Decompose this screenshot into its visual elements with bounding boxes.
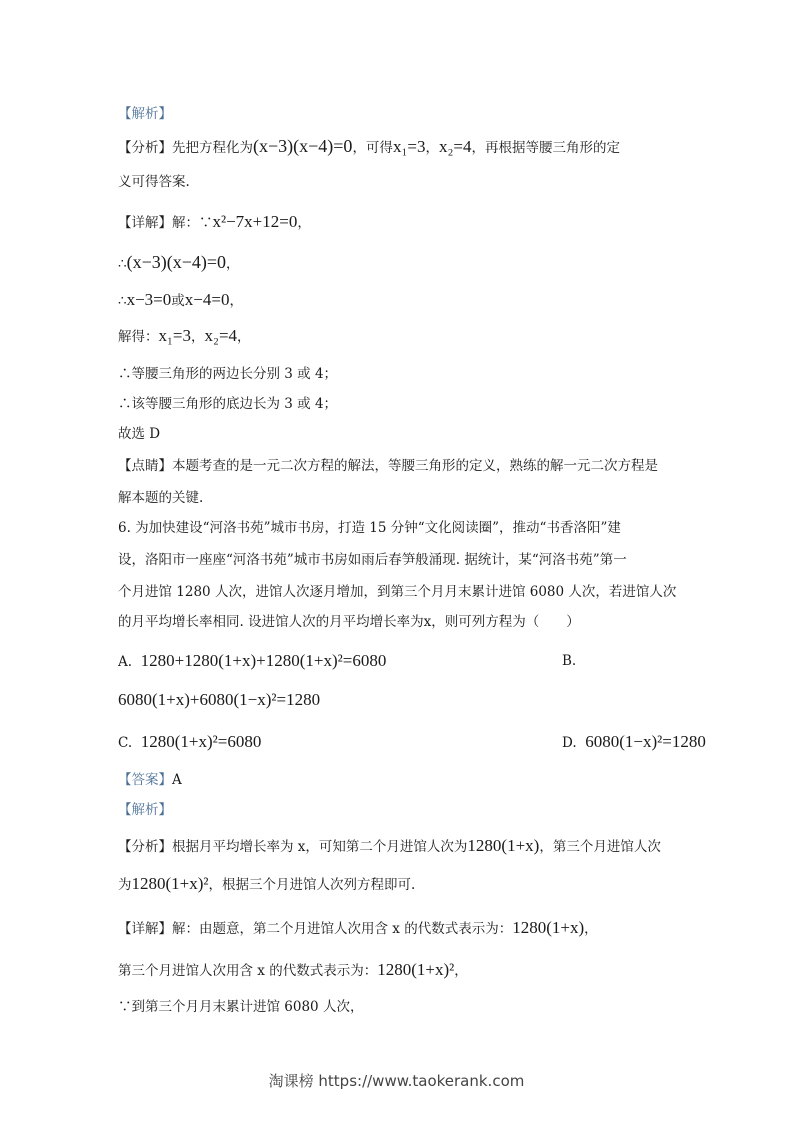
option-b-label: B. xyxy=(562,651,576,671)
option-label: C. xyxy=(118,735,132,751)
step-1: ∴(x−3)(x−4)=0， xyxy=(118,252,240,274)
detail-paragraph-2: 【详解】解：由题意，第二个月进馆人次用含 x 的代数式表示为：1280(1+x)… xyxy=(118,918,598,939)
math-eq-a: x−3=0 xyxy=(127,290,172,309)
detail-label: 【详解】 xyxy=(118,215,172,231)
detail-text: 第三个月进馆人次用含 x 的代数式表示为： xyxy=(118,963,377,979)
math-expr: 1280(1+x)² xyxy=(377,960,454,979)
solve-text: 解得： xyxy=(118,329,159,345)
dianjing-line-2: 解本题的关键. xyxy=(118,488,203,508)
option-label: A. xyxy=(118,654,132,670)
analysis-text: 为 xyxy=(118,877,132,893)
answer-label: 【答案】 xyxy=(118,772,172,788)
analysis-text: ，再根据等腰三角形的定 xyxy=(471,140,620,156)
analysis-line-2b: 为1280(1+x)²，根据三个月进馆人次列方程即可. xyxy=(118,874,415,895)
question-6-line-1: 6. 为加快建设“河洛书苑”城市书房，打造 15 分钟“文化阅读圈”，推动“书香… xyxy=(118,518,621,538)
jiexi-header-2: 【解析】 xyxy=(118,800,172,820)
option-label: D. xyxy=(562,735,577,751)
math-root-2: x₂=4 xyxy=(439,137,472,156)
math-root-2: x₂=4 xyxy=(205,326,238,345)
detail-paragraph: 【详解】解：∵x²−7x+12=0， xyxy=(118,212,311,233)
jiexi-header: 【解析】 xyxy=(118,104,172,124)
math-root-1: x₁=3 xyxy=(393,137,426,156)
math-expr: 1280(1+x) xyxy=(467,836,539,855)
analysis-label: 【分析】 xyxy=(118,140,172,156)
dianjing-label: 【点睛】 xyxy=(118,458,172,474)
separator: ， xyxy=(425,140,439,156)
option-math: 1280(1+x)²=6080 xyxy=(141,732,262,751)
dianjing-text: 本题考查的是一元二次方程的解法，等腰三角形的定义，熟练的解一元二次方程是 xyxy=(172,458,658,474)
detail-label: 【详解】 xyxy=(118,921,172,937)
question-6-line-3: 个月进馆 1280 人次，进馆人次逐月增加，到第三个月月末累计进馆 6080 人… xyxy=(118,582,676,602)
step-3: 解得：x₁=3，x₂=4， xyxy=(118,326,251,347)
option-b: 6080(1+x)+6080(1−x)²=1280 xyxy=(118,690,320,711)
separator: ， xyxy=(191,329,205,345)
analysis-text: ，根据三个月进馆人次列方程即可. xyxy=(209,877,416,893)
answer-line: 【答案】A xyxy=(118,770,182,790)
choice-text: 故选 D xyxy=(118,424,160,444)
therefore-symbol: ∴ xyxy=(118,256,127,272)
answer-value: A xyxy=(172,772,182,788)
option-math: 1280+1280(1+x)+1280(1+x)²=6080 xyxy=(141,651,387,670)
detail-text: 解：由题意，第二个月进馆人次用含 x 的代数式表示为： xyxy=(172,921,512,937)
option-math: 6080(1−x)²=1280 xyxy=(585,732,706,751)
detail-text: 解：∵ xyxy=(172,215,213,231)
detail-step-2: ∵到第三个月月末累计进馆 6080 人次， xyxy=(118,997,363,1017)
analysis-text: ，第三个月进馆人次 xyxy=(539,839,661,855)
analysis-text: 先把方程化为 xyxy=(172,140,253,156)
question-6-line-2: 设，洛阳市一座座“河洛书苑”城市书房如雨后春笋般涌现. 据统计，某“河洛书苑”第… xyxy=(118,550,627,570)
step-4: ∴等腰三角形的两边长分别 3 或 4； xyxy=(118,364,337,384)
math-expr: 1280(1+x)² xyxy=(132,874,209,893)
analysis-text: 根据月平均增长率为 x，可知第二个月进馆人次为 xyxy=(172,839,467,855)
math-factored: (x−3)(x−4)=0 xyxy=(253,136,352,156)
math-factored: (x−3)(x−4)=0 xyxy=(127,252,226,272)
analysis-label: 【分析】 xyxy=(118,839,172,855)
question-6-line-4: 的月平均增长率相同. 设进馆人次的月平均增长率为x，则可列方程为（ ） xyxy=(118,612,580,632)
math-equation: x²−7x+12=0 xyxy=(213,212,298,231)
therefore-symbol: ∴ xyxy=(118,293,127,309)
punct: ， xyxy=(454,963,468,979)
analysis-line-2: 义可得答案. xyxy=(118,172,190,192)
step-5: ∴该等腰三角形的底边长为 3 或 4； xyxy=(118,394,337,414)
step-2: ∴x−3=0或x−4=0， xyxy=(118,290,243,311)
footer-watermark: 淘课榜 https://www.taokerank.com xyxy=(0,1070,793,1091)
analysis-text: ，可得 xyxy=(352,140,393,156)
option-math: 6080(1+x)+6080(1−x)²=1280 xyxy=(118,690,320,709)
detail-step-1: 第三个月进馆人次用含 x 的代数式表示为：1280(1+x)²， xyxy=(118,960,468,981)
option-d: D. 6080(1−x)²=1280 xyxy=(562,732,706,753)
analysis-paragraph-2: 【分析】根据月平均增长率为 x，可知第二个月进馆人次为1280(1+x)，第三个… xyxy=(118,836,661,857)
analysis-paragraph: 【分析】先把方程化为(x−3)(x−4)=0，可得x₁=3，x₂=4，再根据等腰… xyxy=(118,136,620,158)
math-eq-b: x−4=0 xyxy=(185,290,230,309)
or-word: 或 xyxy=(171,293,185,309)
punct: ， xyxy=(226,256,240,272)
dianjing-paragraph: 【点睛】本题考查的是一元二次方程的解法，等腰三角形的定义，熟练的解一元二次方程是 xyxy=(118,456,658,476)
option-c: C. 1280(1+x)²=6080 D. 6080(1−x)²=1280 xyxy=(118,732,261,753)
option-a: A. 1280+1280(1+x)+1280(1+x)²=6080 B. xyxy=(118,651,386,672)
math-expr: 1280(1+x) xyxy=(512,918,584,937)
punct: ， xyxy=(229,293,243,309)
math-root-1: x₁=3 xyxy=(159,326,192,345)
punct: ， xyxy=(297,215,311,231)
punct: ， xyxy=(584,921,598,937)
punct: ， xyxy=(237,329,251,345)
